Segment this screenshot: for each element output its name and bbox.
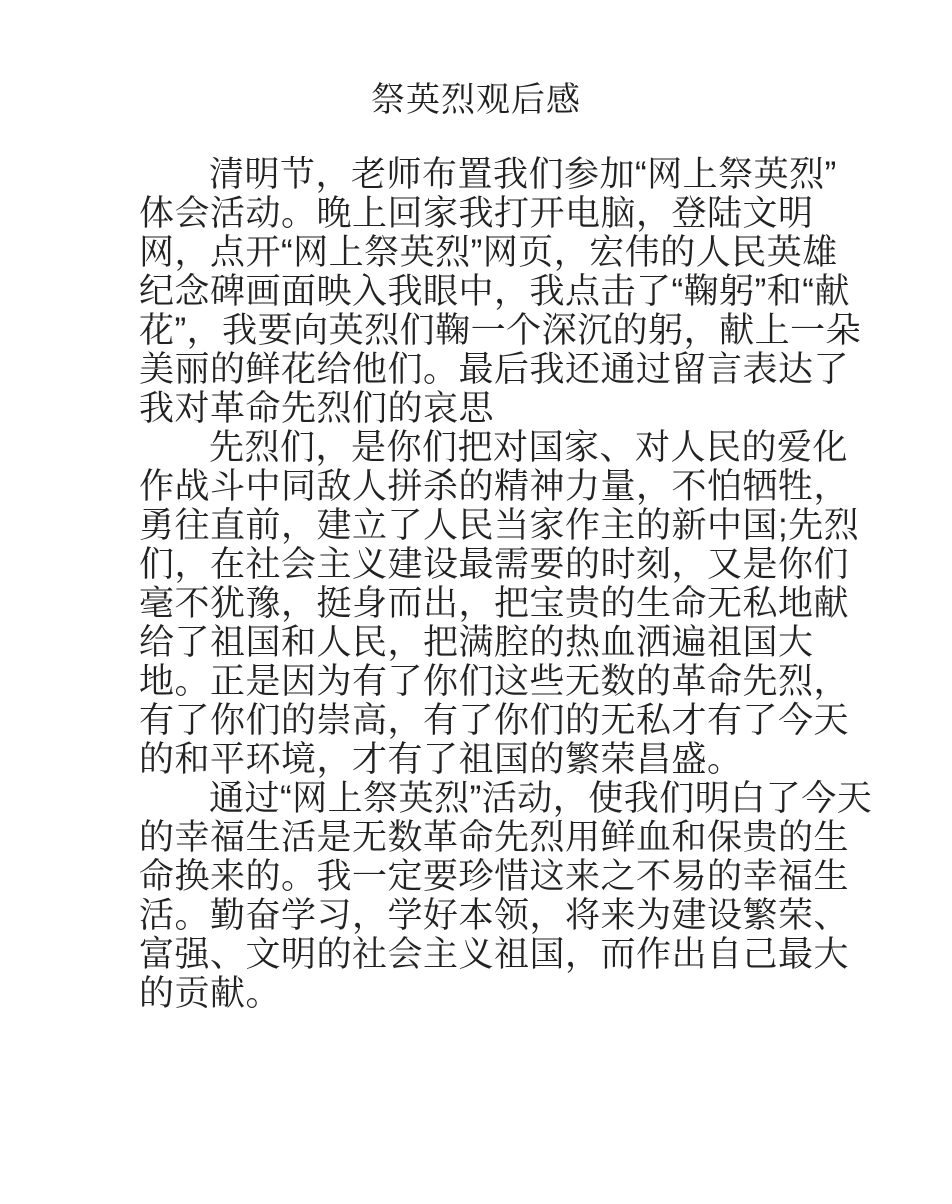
- text-line: 活。勤奋学习，学好本领，将来为建设繁荣、: [139, 896, 829, 935]
- text-line: 我对革命先烈们的哀思: [139, 389, 829, 428]
- text-line: 纪念碑画面映入我眼中，我点击了“鞠躬”和“献: [139, 272, 829, 311]
- text-line: 先烈们，是你们把对国家、对人民的爱化: [139, 428, 829, 467]
- paragraph-1: 清明节，老师布置我们参加“网上祭英烈”体会活动。晚上回家我打开电脑，登陆文明网，…: [139, 155, 829, 428]
- text-line: 们，在社会主义建设最需要的时刻，又是你们: [139, 545, 829, 584]
- text-line: 命换来的。我一定要珍惜这来之不易的幸福生: [139, 857, 829, 896]
- text-line: 的和平环境，才有了祖国的繁荣昌盛。: [139, 740, 829, 779]
- text-line: 地。正是因为有了你们这些无数的革命先烈，: [139, 662, 829, 701]
- text-line: 富强、文明的社会主义祖国，而作出自己最大: [139, 935, 829, 974]
- text-line: 的幸福生活是无数革命先烈用鲜血和保贵的生: [139, 818, 829, 857]
- essay-body: 清明节，老师布置我们参加“网上祭英烈”体会活动。晚上回家我打开电脑，登陆文明网，…: [139, 155, 829, 1013]
- text-line: 美丽的鲜花给他们。最后我还通过留言表达了: [139, 350, 829, 389]
- paragraph-2: 先烈们，是你们把对国家、对人民的爱化作战斗中同敌人拼杀的精神力量，不怕牺牲，勇往…: [139, 428, 829, 779]
- text-line: 给了祖国和人民，把满腔的热血洒遍祖国大: [139, 623, 829, 662]
- text-line: 毫不犹豫，挺身而出，把宝贵的生命无私地献: [139, 584, 829, 623]
- text-line: 网，点开“网上祭英烈”网页，宏伟的人民英雄: [139, 233, 829, 272]
- text-line: 清明节，老师布置我们参加“网上祭英烈”: [139, 155, 829, 194]
- paragraph-3: 通过“网上祭英烈”活动，使我们明白了今天的幸福生活是无数革命先烈用鲜血和保贵的生…: [139, 779, 829, 1013]
- essay-title: 祭英烈观后感: [0, 0, 952, 121]
- text-line: 通过“网上祭英烈”活动，使我们明白了今天: [139, 779, 829, 818]
- text-line: 的贡献。: [139, 974, 829, 1013]
- text-line: 体会活动。晚上回家我打开电脑，登陆文明: [139, 194, 829, 233]
- text-line: 花”，我要向英烈们鞠一个深沉的躬，献上一朵: [139, 311, 829, 350]
- text-line: 作战斗中同敌人拼杀的精神力量，不怕牺牲，: [139, 467, 829, 506]
- text-line: 勇往直前，建立了人民当家作主的新中国;先烈: [139, 506, 829, 545]
- document-page: 祭英烈观后感 清明节，老师布置我们参加“网上祭英烈”体会活动。晚上回家我打开电脑…: [0, 0, 952, 1204]
- text-line: 有了你们的崇高，有了你们的无私才有了今天: [139, 701, 829, 740]
